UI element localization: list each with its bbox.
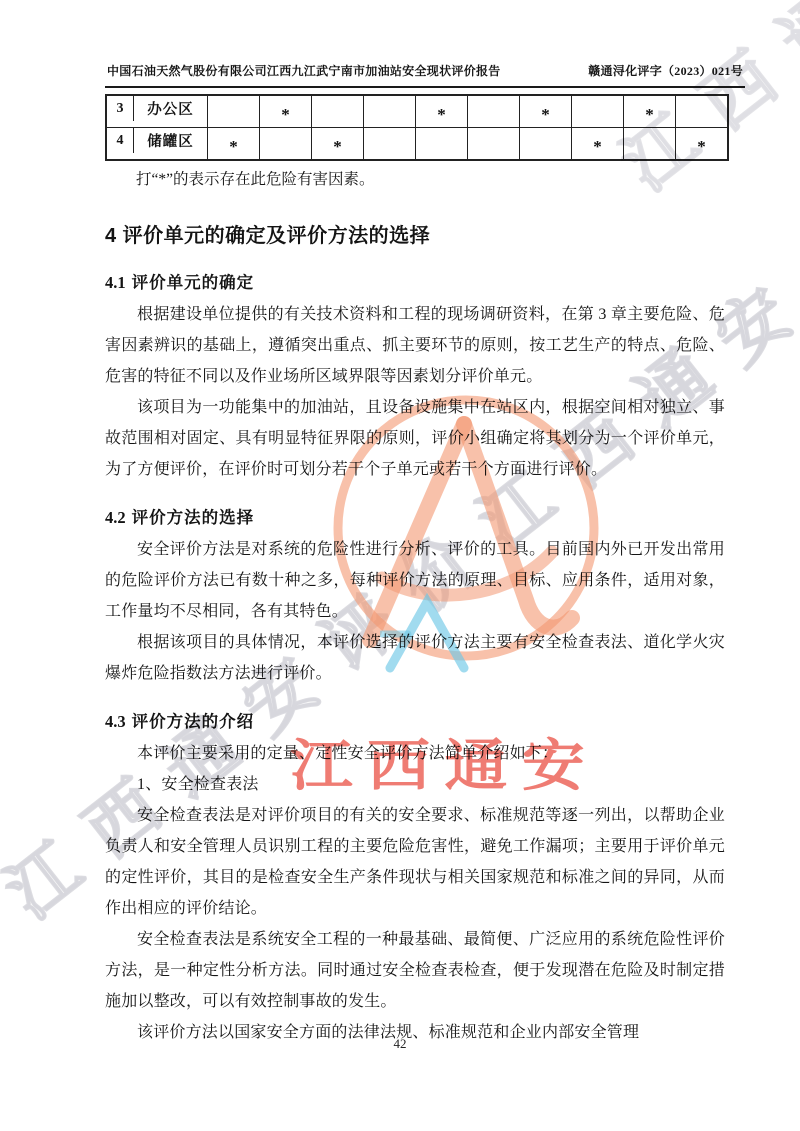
row-number-cell: 3 <box>107 96 133 121</box>
asterisk-cell <box>363 127 415 159</box>
asterisk-cell <box>259 127 311 159</box>
asterisk-cell <box>519 127 571 159</box>
asterisk-cell <box>571 96 623 127</box>
asterisk-cell <box>207 96 259 127</box>
page-header: 中国石油天然气股份有限公司江西九江武宁南市加油站安全现状评价报告 赣通浔化评字（… <box>105 0 745 88</box>
paragraph: 安全检查表法是系统安全工程的一种最基础、最简便、广泛应用的系统危险性评价方法，是… <box>105 924 725 1017</box>
page-number: 42 <box>0 1036 800 1052</box>
paragraph: 安全检查表法是对评价项目的有关的安全要求、标准规范等逐一列出，以帮助企业负责人和… <box>105 800 725 924</box>
hazard-factor-table: 3 办公区 * * * * 4 储罐区 * * * * <box>105 94 729 161</box>
section-heading-4-3: 4.3评价方法的介绍 <box>105 710 725 733</box>
asterisk-cell <box>467 127 519 159</box>
asterisk-cell: * <box>207 127 259 159</box>
header-report-title: 中国石油天然气股份有限公司江西九江武宁南市加油站安全现状评价报告 <box>107 62 501 79</box>
asterisk-cell: * <box>675 127 727 159</box>
area-label-cell: 储罐区 <box>133 127 207 153</box>
area-label-cell: 办公区 <box>133 96 207 121</box>
asterisk-cell: * <box>415 96 467 127</box>
asterisk-cell <box>363 96 415 127</box>
paragraph: 该项目为一功能集中的加油站，且设备设施集中在站区内，根据空间相对独立、事故范围相… <box>105 392 725 485</box>
asterisk-cell: * <box>519 96 571 127</box>
asterisk-cell: * <box>311 127 363 159</box>
heading-text: 评价单元的确定 <box>132 273 255 292</box>
paragraph: 安全评价方法是对系统的危险性进行分析、评价的工具。目前国内外已开发出常用的危险评… <box>105 534 725 627</box>
heading-number: 4.3 <box>105 712 126 731</box>
asterisk-cell <box>467 96 519 127</box>
section-heading-4-2: 4.2评价方法的选择 <box>105 506 725 529</box>
asterisk-cell <box>623 127 675 159</box>
section-heading-4-1: 4.1评价单元的确定 <box>105 271 725 294</box>
report-page: 中国石油天然气股份有限公司江西九江武宁南市加油站安全现状评价报告 赣通浔化评字（… <box>0 0 800 1131</box>
section-heading-4: 4 评价单元的确定及评价方法的选择 <box>105 222 725 250</box>
heading-text: 评价方法的选择 <box>132 508 255 527</box>
paragraph: 本评价主要采用的定量、定性安全评价方法简单介绍如下： <box>105 738 725 769</box>
heading-number: 4.1 <box>105 273 126 292</box>
header-doc-number: 赣通浔化评字（2023）021号 <box>588 62 743 79</box>
asterisk-cell: * <box>623 96 675 127</box>
asterisk-cell <box>415 127 467 159</box>
table-note: 打“*”的表示存在此危险有害因素。 <box>105 167 725 192</box>
paragraph: 根据建设单位提供的有关技术资料和工程的现场调研资料，在第 3 章主要危险、危害因… <box>105 299 725 392</box>
asterisk-cell: * <box>259 96 311 127</box>
asterisk-cell <box>311 96 363 127</box>
paragraph: 根据该项目的具体情况，本评价选择的评价方法主要有安全检查表法、道化学火灾爆炸危险… <box>105 627 725 689</box>
asterisk-cell <box>675 96 727 127</box>
row-number-cell: 4 <box>107 127 133 153</box>
asterisk-cell: * <box>571 127 623 159</box>
paragraph: 1、安全检查表法 <box>105 769 725 800</box>
page-content: 中国石油天然气股份有限公司江西九江武宁南市加油站安全现状评价报告 赣通浔化评字（… <box>0 0 800 1048</box>
heading-text: 评价方法的介绍 <box>132 712 255 731</box>
heading-number: 4.2 <box>105 508 126 527</box>
